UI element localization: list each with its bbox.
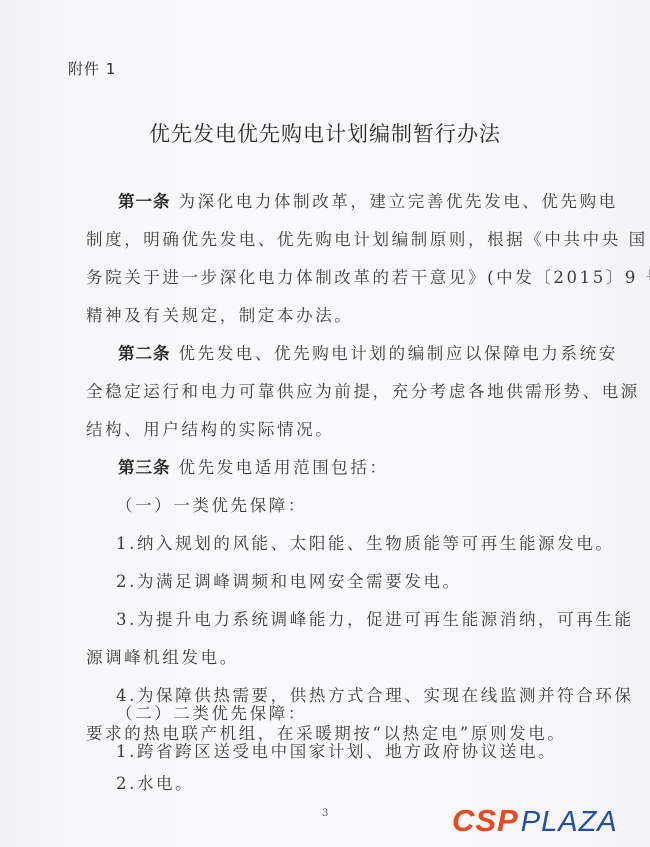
category-1-item-2: 2.为满足调峰调频和电网安全需要发电。: [116, 568, 462, 592]
category-2-heading: （二）二类优先保障：: [116, 700, 307, 724]
category-2-item-2: 2.水电。: [116, 770, 194, 794]
category-1-heading: （一）一类优先保障：: [116, 492, 307, 516]
category-2-item-1: 1.跨省跨区送受电中国家计划、地方政府协议送电。: [116, 738, 557, 762]
document-title: 优先发电优先购电计划编制暂行办法: [0, 118, 650, 148]
category-1-item-3: 3.为提升电力系统调峰能力，促进可再生能源消纳，可再生能: [116, 606, 634, 630]
logo-csp-text: CSP: [452, 803, 519, 839]
page-number: 3: [322, 808, 328, 819]
category-1-item-1: 1.纳入规划的风能、太阳能、生物质能等可再生能源发电。: [116, 530, 614, 554]
article-1-heading: 第一条: [118, 192, 171, 211]
article-2-line-3: 结构、用户结构的实际情况。: [86, 416, 334, 440]
article-3-line-1: 第三条优先发电适用范围包括：: [118, 454, 389, 478]
attachment-label: 附件 1: [68, 58, 116, 79]
article-1-line-3: 务院关于进一步深化电力体制改革的若干意见》(中发〔2015〕9 号）: [86, 264, 650, 288]
article-2-line-2: 全稳定运行和电力可靠供应为前提，充分考虑各地供需形势、电源: [86, 378, 640, 402]
article-2-heading: 第二条: [118, 344, 171, 363]
category-1-item-3-cont: 源调峰机组发电。: [86, 644, 239, 668]
article-1-line-4: 精神及有关规定，制定本办法。: [86, 302, 353, 326]
cspplaza-watermark-logo: CSP PLAZA: [452, 803, 618, 839]
document-page: 附件 1 优先发电优先购电计划编制暂行办法 第一条为深化电力体制改革，建立完善优…: [0, 0, 650, 847]
logo-plaza-text: PLAZA: [521, 806, 618, 839]
article-3-heading: 第三条: [118, 458, 171, 477]
article-1-line-2: 制度，明确优先发电、优先购电计划编制原则，根据《中共中央 国: [86, 226, 648, 250]
article-1-line-1: 第一条为深化电力体制改革，建立完善优先发电、优先购电: [118, 188, 618, 212]
article-2-line-1: 第二条优先发电、优先购电计划的编制应以保障电力系统安: [118, 340, 618, 364]
